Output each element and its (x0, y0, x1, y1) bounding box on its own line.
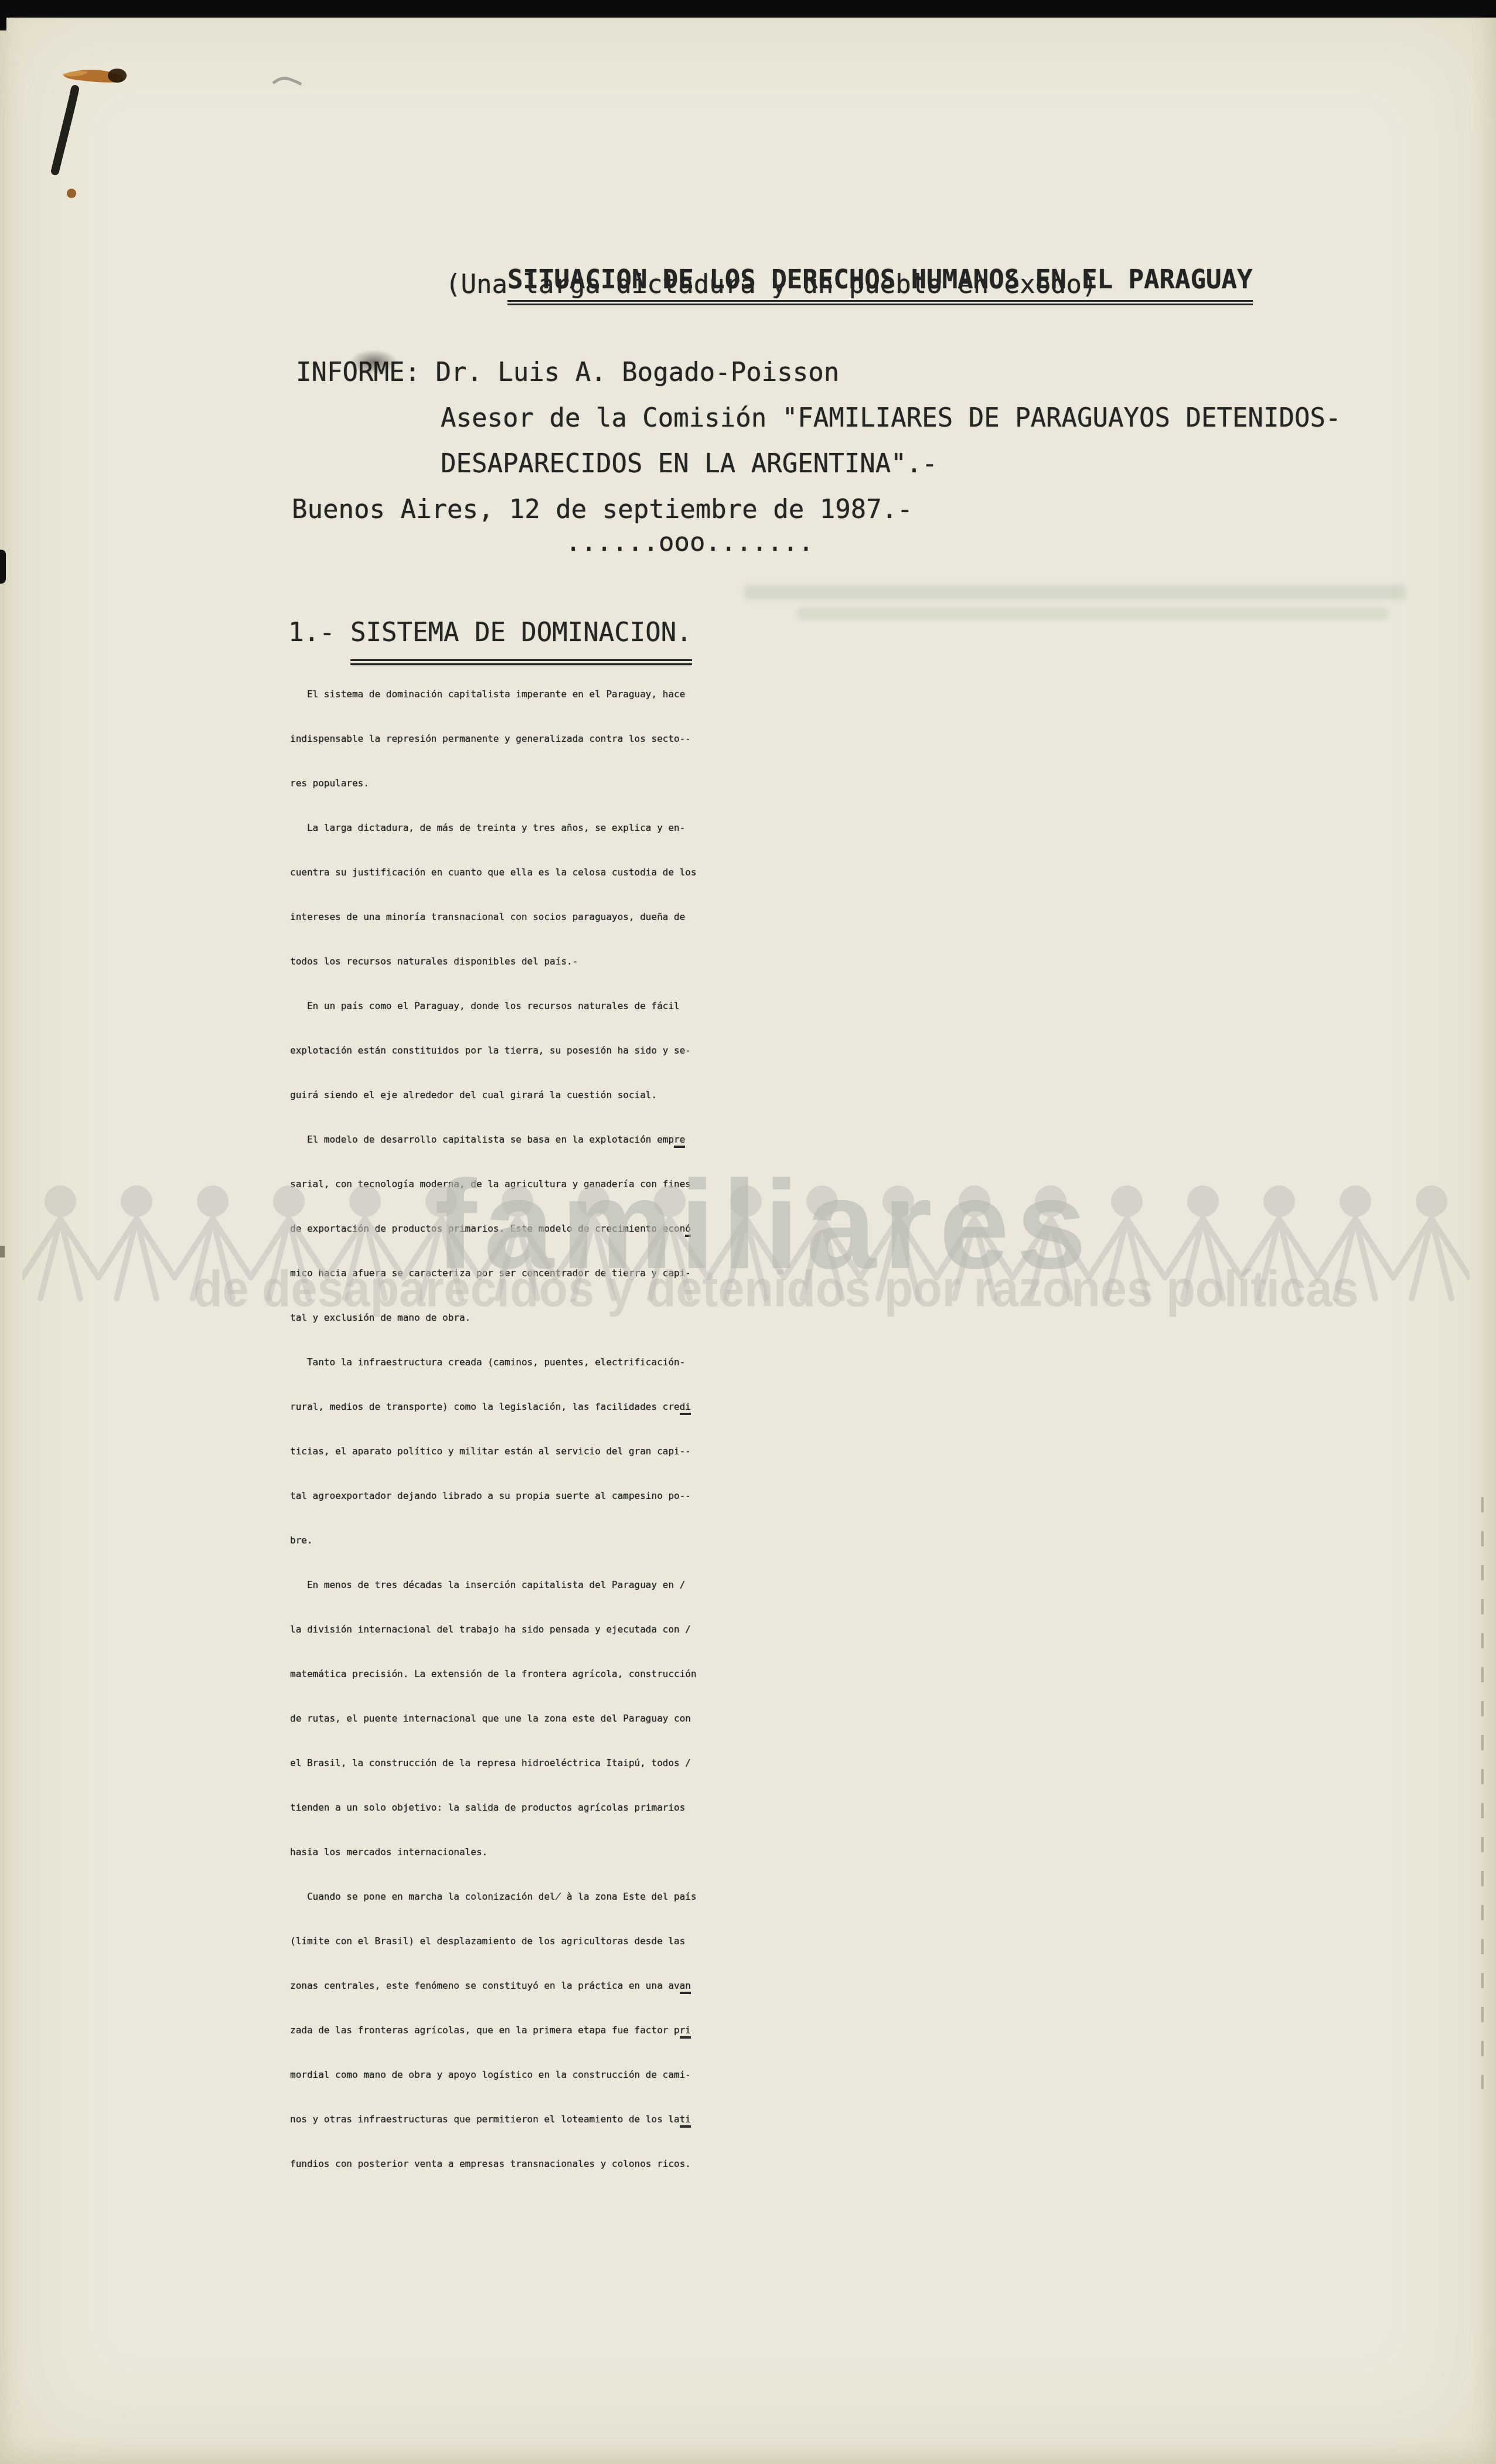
body-line: nos y otras infraestructuras que permiti… (290, 2114, 697, 2158)
pen-mark (55, 89, 75, 171)
body-line: de rutas, el puente internacional que un… (290, 1713, 697, 1757)
body-line: mico hacia afuera se caracteriza por ser… (290, 1267, 697, 1312)
body-line: Tanto la infraestructura creada (caminos… (290, 1357, 697, 1401)
body-line: todos los recursos naturales disponibles… (290, 956, 697, 1000)
body-line: rural, medios de transporte) como la leg… (290, 1401, 697, 1446)
body-line: hasia los mercados internacionales. (290, 1846, 697, 1891)
scanned-document-page: SITUACION DE LOS DERECHOS HUMANOS EN EL … (0, 0, 1496, 2464)
body-line: (límite con el Brasil) el desplazamiento… (290, 1935, 697, 1980)
body-line: explotación están constituidos por la ti… (290, 1045, 697, 1089)
body-line: El modelo de desarrollo capitalista se b… (290, 1134, 697, 1178)
body-line: tienden a un solo objetivo: la salida de… (290, 1802, 697, 1846)
scan-left-edge-tick (0, 1246, 5, 1257)
body-line: sarial, con tecnología moderna, de la ag… (290, 1178, 697, 1223)
report-author-line3: DESAPARECIDOS EN LA ARGENTINA".- (441, 442, 938, 486)
body-text: El sistema de dominación capitalista imp… (290, 689, 697, 2203)
body-line: La larga dictadura, de más de treinta y … (290, 822, 697, 867)
body-line: El sistema de dominación capitalista imp… (290, 689, 697, 733)
body-line: matemática precisión. La extensión de la… (290, 1668, 697, 1713)
scan-top-edge (0, 0, 1496, 18)
body-line: zada de las fronteras agrícolas, que en … (290, 2025, 697, 2069)
body-line: fundios con posterior venta a empresas t… (290, 2158, 697, 2203)
section-number: 1.- (288, 611, 350, 665)
body-line: tal y exclusión de mano de obra. (290, 1312, 697, 1357)
rust-dot (67, 189, 76, 198)
body-line: En menos de tres décadas la inserción ca… (290, 1579, 697, 1624)
ink-smudge (349, 349, 398, 375)
paper-crease (1481, 1497, 1484, 2089)
section-title: SISTEMA DE DOMINACION. (350, 611, 692, 665)
body-line: ticias, el aparato político y militar es… (290, 1446, 697, 1490)
body-line: de exportación de productos primarios. E… (290, 1223, 697, 1267)
paper-doll-chain-watermark (22, 1182, 1470, 1303)
body-line: cuentra su justificación en cuanto que e… (290, 867, 697, 911)
rust-stain (63, 70, 123, 83)
body-line: zonas centrales, este fenómeno se consti… (290, 1980, 697, 2025)
body-line: intereses de una minoría transnacional c… (290, 911, 697, 956)
report-author-line2: Asesor de la Comisión "FAMILIARES DE PAR… (441, 396, 1341, 441)
scan-left-edge-mark (0, 550, 6, 584)
pencil-squiggle (273, 79, 301, 84)
body-line: res populares. (290, 778, 697, 822)
body-line: bre. (290, 1535, 697, 1579)
separator-dots: ......ooo....... (565, 520, 814, 565)
body-line: el Brasil, la construcción de la represa… (290, 1757, 697, 1802)
body-line: En un país como el Paraguay, donde los r… (290, 1000, 697, 1045)
body-line: mordial como mano de obra y apoyo logíst… (290, 2069, 697, 2114)
bleedthrough-ghost-text (797, 607, 1389, 620)
body-line: tal agroexportador dejando librado a su … (290, 1490, 697, 1535)
body-line: guirá siendo el eje alrededor del cual g… (290, 1089, 697, 1134)
document-subtitle: (Una larga dictadura y un pueblo en éxod… (445, 263, 1098, 307)
bleedthrough-ghost-text (744, 585, 1406, 600)
section-heading: 1.- SISTEMA DE DOMINACION. (288, 611, 692, 665)
body-line: la división internacional del trabajo ha… (290, 1624, 697, 1668)
scan-corner-edge (0, 0, 6, 30)
body-line: indispensable la represión permanente y … (290, 733, 697, 778)
body-line: Cuando se pone en marcha la colonización… (290, 1891, 697, 1935)
